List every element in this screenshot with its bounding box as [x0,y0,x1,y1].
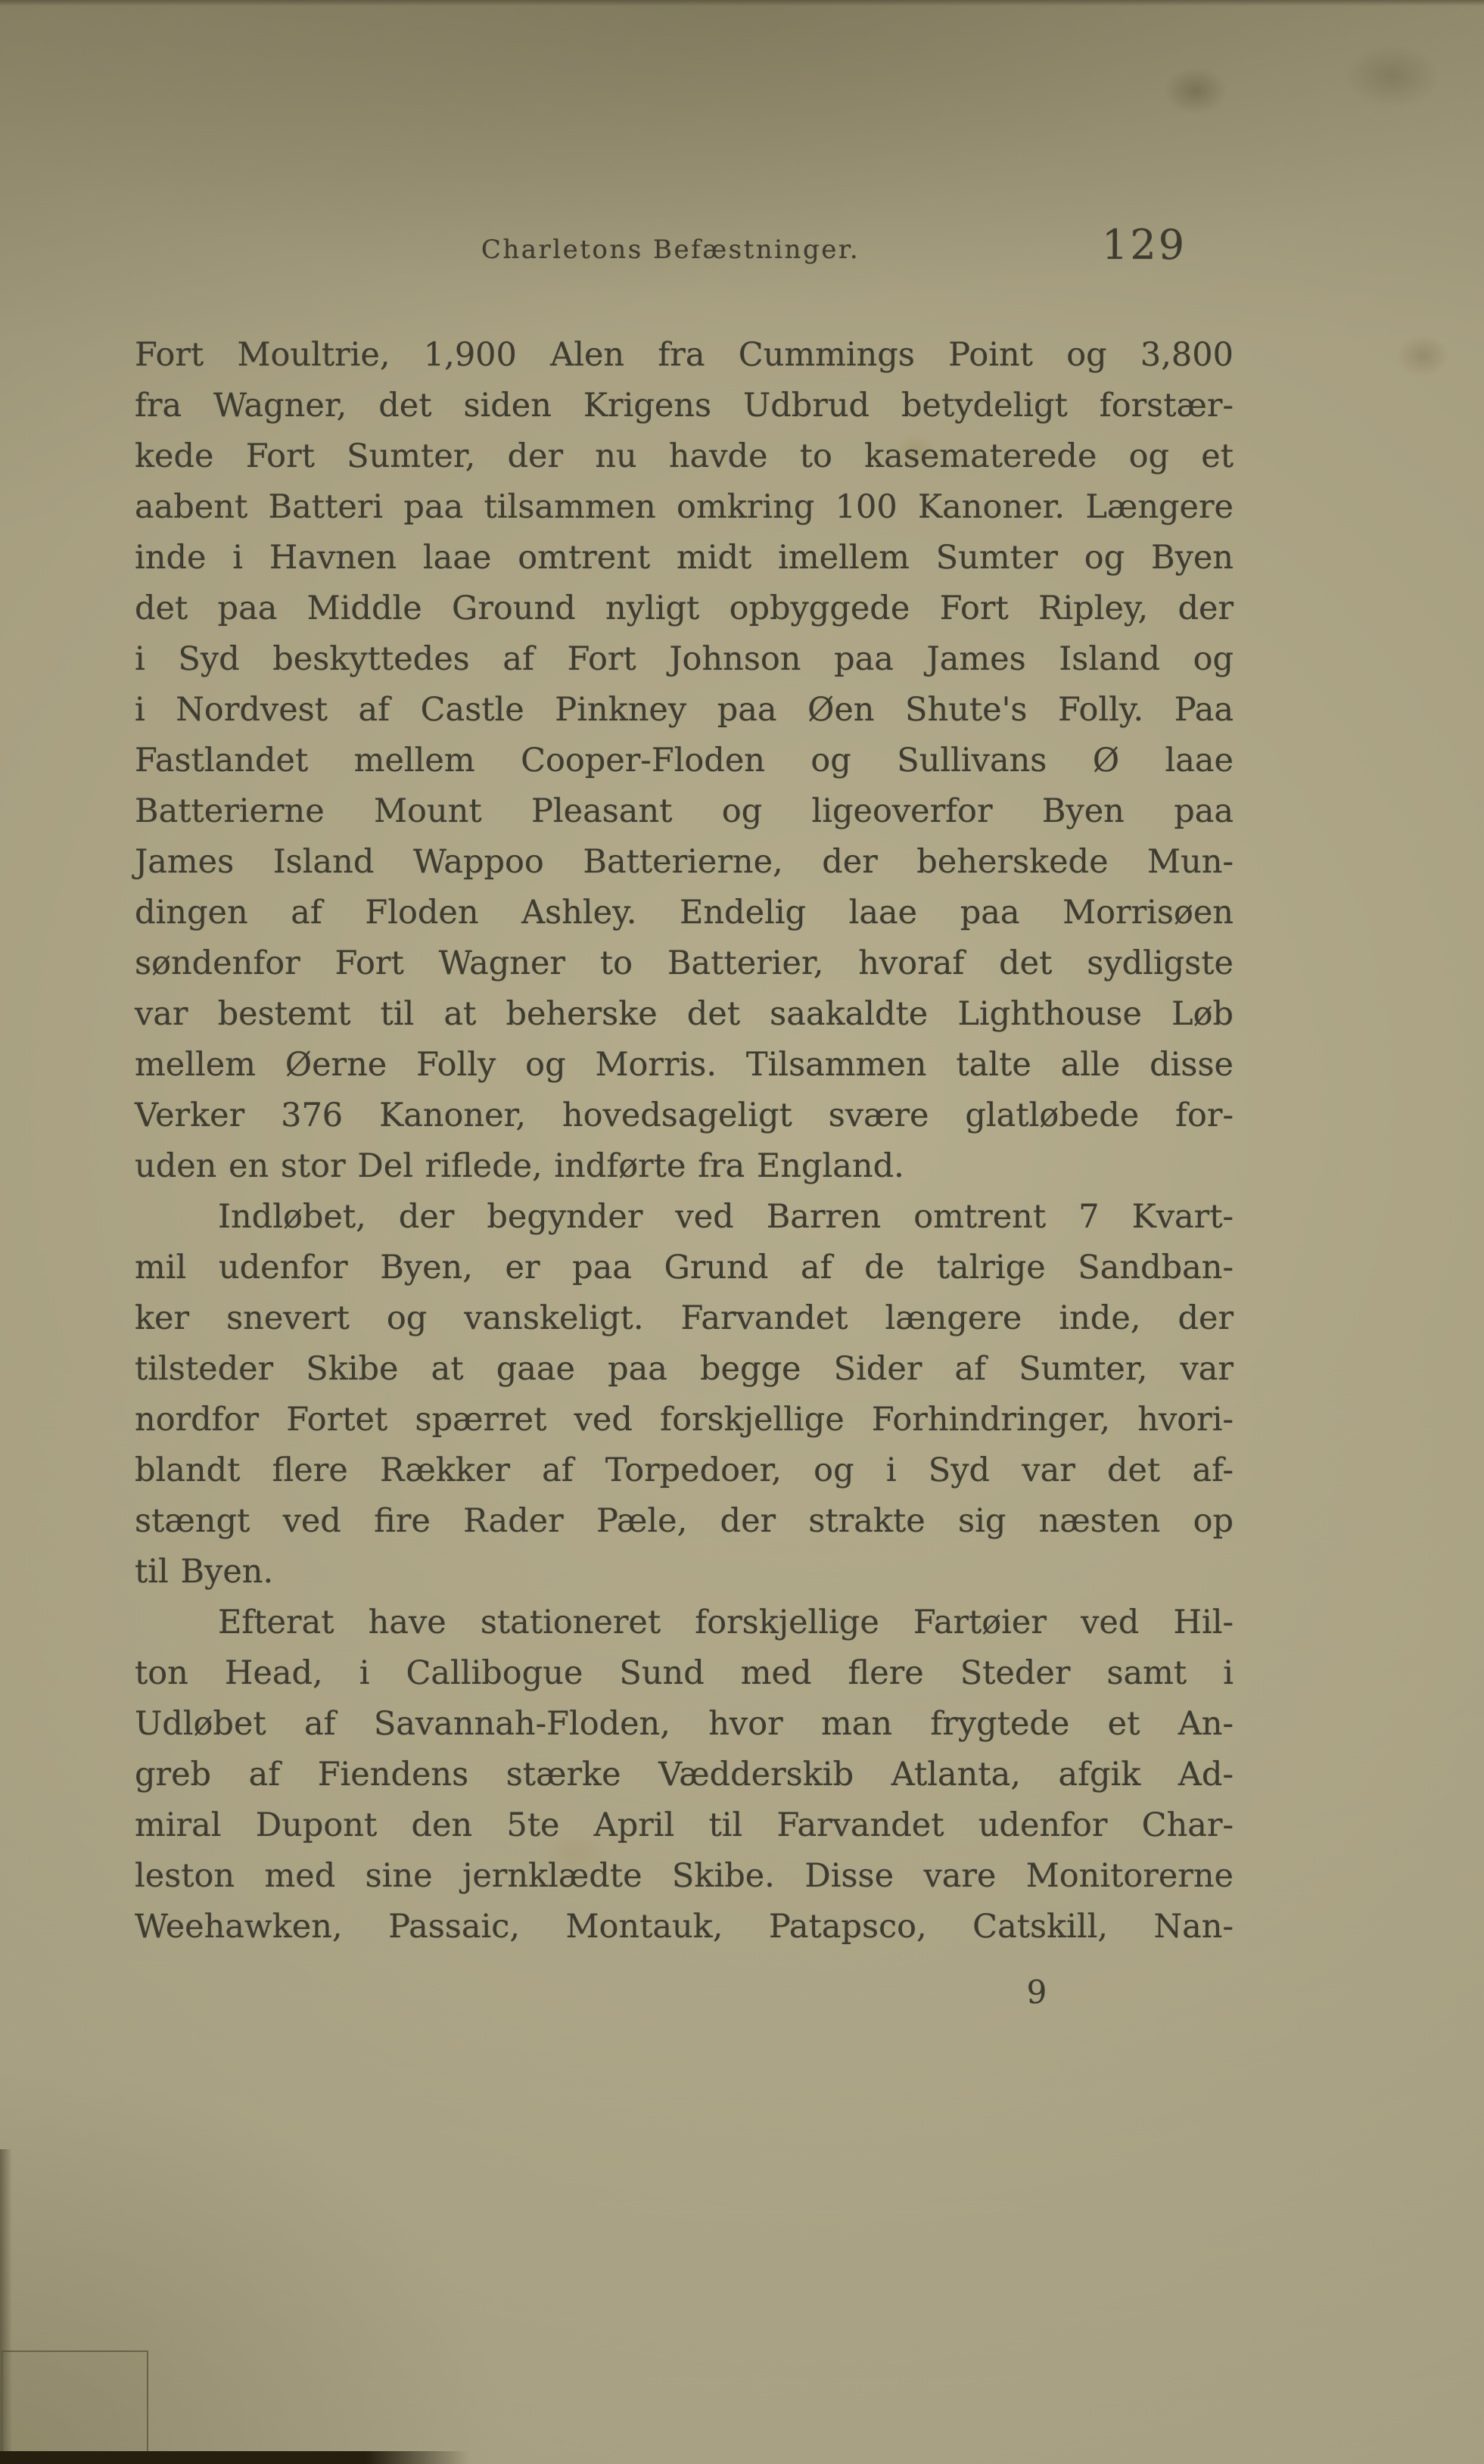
signature-mark: 9 [1006,1974,1067,2011]
text-line: Fort Moultrie, 1,900 Alen fra Cummings P… [135,330,1234,381]
text-line: Udløbet af Savannah-Floden, hvor man fry… [135,1699,1234,1750]
text-line: greb af Fiendens stærke Vædderskib Atlan… [135,1750,1234,1800]
text-line: stængt ved fire Rader Pæle, der strakte … [135,1496,1234,1547]
text-line: var bestemt til at beherske det saakaldt… [135,989,1234,1040]
text-line: fra Wagner, det siden Krigens Udbrud bet… [135,381,1234,431]
text-line: kede Fort Sumter, der nu havde to kasema… [135,431,1234,482]
text-line: til Byen. [135,1547,1234,1598]
scanned-book-page: Charletons Befæstninger. 129 Fort Moultr… [0,0,1484,2464]
text-line: mellem Øerne Folly og Morris. Tilsammen … [135,1040,1234,1090]
text-line: Batterierne Mount Pleasant og ligeoverfo… [135,786,1234,837]
text-line: aabent Batteri paa tilsammen omkring 100… [135,482,1234,533]
paragraph: Efterat have stationeret forskjellige Fa… [135,1598,1234,1952]
text-line: Verker 376 Kanoner, hovedsageligt svære … [135,1090,1234,1141]
body-text: Fort Moultrie, 1,900 Alen fra Cummings P… [135,330,1234,1952]
text-line: mil udenfor Byen, er paa Grund af de tal… [135,1243,1234,1293]
text-line: leston med sine jernklædte Skibe. Disse … [135,1851,1234,1902]
text-line: nordfor Fortet spærret ved forskjellige … [135,1395,1234,1445]
text-line: James Island Wappoo Batterierne, der beh… [135,837,1234,888]
text-line: uden en stor Del riflede, indførte fra E… [135,1141,1234,1192]
text-line: tilsteder Skibe at gaae paa begge Sider … [135,1344,1234,1395]
text-line: inde i Havnen laae omtrent midt imellem … [135,533,1234,583]
top-edge-shadow [0,0,1484,6]
text-line: i Syd beskyttedes af Fort Johnson paa Ja… [135,634,1234,685]
text-line: ton Head, i Callibogue Sund med flere St… [135,1648,1234,1699]
paragraph: Fort Moultrie, 1,900 Alen fra Cummings P… [135,330,1234,1192]
text-line: i Nordvest af Castle Pinkney paa Øen Shu… [135,685,1234,736]
text-line: Efterat have stationeret forskjellige Fa… [135,1598,1234,1648]
text-line: blandt flere Rækker af Torpedoer, og i S… [135,1445,1234,1496]
text-line: Indløbet, der begynder ved Barren omtren… [135,1192,1234,1243]
pencil-rectangle-mark [2,2350,148,2459]
text-line: ker snevert og vanskeligt. Farvandet læn… [135,1293,1234,1344]
text-line: det paa Middle Ground nyligt opbyggede F… [135,583,1234,634]
page-number: 129 [1102,221,1187,269]
running-title: Charletons Befæstninger. [135,235,1234,265]
text-line: Fastlandet mellem Cooper-Floden og Sulli… [135,736,1234,786]
scan-bottom-edge [0,2451,469,2464]
text-line: Weehawken, Passaic, Montauk, Patapsco, C… [135,1902,1234,1952]
text-line: søndenfor Fort Wagner to Batterier, hvor… [135,938,1234,989]
text-line: miral Dupont den 5te April til Farvandet… [135,1800,1234,1851]
paragraph: Indløbet, der begynder ved Barren omtren… [135,1192,1234,1598]
text-line: dingen af Floden Ashley. Endelig laae pa… [135,888,1234,938]
